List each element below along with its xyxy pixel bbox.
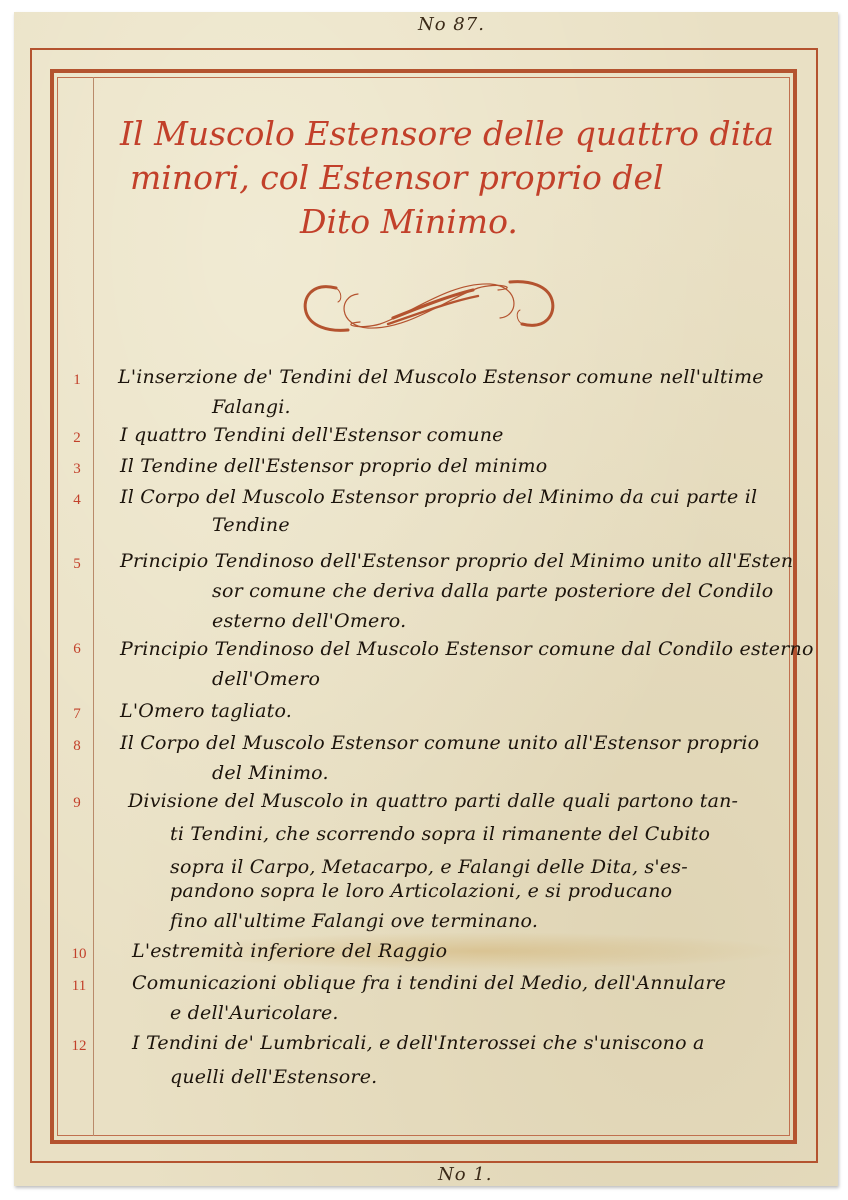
item-text: del Minimo.	[212, 762, 329, 784]
item-text: sor comune che deriva dalla parte poster…	[212, 580, 773, 602]
page-title: Il Muscolo Estensore delle quattro dita …	[100, 112, 790, 244]
border-inner-bottom	[57, 1135, 790, 1136]
calligraphic-flourish-icon	[298, 276, 560, 336]
border-inner-top	[57, 77, 790, 78]
item-text: Il Tendine dell'Estensor proprio del min…	[120, 455, 547, 477]
item-text: pandono sopra le loro Articolazioni, e s…	[170, 880, 672, 902]
border-outer-left	[30, 48, 32, 1163]
item-text: Comunicazioni oblique fra i tendini del …	[132, 972, 726, 994]
item-number: 12	[64, 1038, 94, 1055]
item-number: 1	[62, 372, 92, 389]
item-number: 4	[62, 492, 92, 509]
border-frame-left	[50, 69, 54, 1144]
item-text: L'estremità inferiore del Raggio	[132, 940, 447, 962]
item-number: 8	[62, 738, 92, 755]
item-text: esterno dell'Omero.	[212, 610, 406, 632]
item-text: I quattro Tendini dell'Estensor comune	[120, 424, 504, 446]
border-outer-bottom	[30, 1161, 818, 1163]
item-text: dell'Omero	[212, 668, 320, 690]
item-text: fino all'ultime Falangi ove terminano.	[170, 910, 538, 932]
item-text: Tendine	[212, 514, 290, 536]
folio-number-bottom: No 1.	[438, 1164, 492, 1185]
item-number: 7	[62, 706, 92, 723]
item-number: 10	[64, 946, 94, 963]
title-line-1: Il Muscolo Estensore delle quattro dita	[100, 112, 790, 156]
item-number: 9	[62, 795, 92, 812]
item-text: L'inserzione de' Tendini del Muscolo Est…	[118, 366, 764, 388]
item-text: Principio Tendinoso dell'Estensor propri…	[120, 550, 793, 572]
item-text: Falangi.	[212, 396, 291, 418]
title-line-2: minori, col Estensor proprio del	[100, 156, 790, 200]
border-frame-bottom	[50, 1140, 797, 1144]
border-frame-right	[793, 69, 797, 1144]
item-text: Divisione del Muscolo in quattro parti d…	[128, 790, 738, 812]
item-number: 11	[64, 978, 94, 995]
item-text: I Tendini de' Lumbricali, e dell'Interos…	[132, 1032, 705, 1054]
item-text: ti Tendini, che scorrendo sopra il riman…	[170, 823, 710, 845]
item-text: Il Corpo del Muscolo Estensor proprio de…	[120, 486, 757, 508]
border-frame-top	[50, 69, 797, 73]
item-text: quelli dell'Estensore.	[170, 1066, 377, 1088]
item-text: L'Omero tagliato.	[120, 700, 292, 722]
item-text: Il Corpo del Muscolo Estensor comune uni…	[120, 732, 759, 754]
item-number: 5	[62, 556, 92, 573]
border-outer-right	[816, 48, 818, 1163]
folio-number-top: No 87.	[418, 14, 485, 35]
item-text: sopra il Carpo, Metacarpo, e Falangi del…	[170, 856, 688, 878]
item-number: 3	[62, 461, 92, 478]
title-line-3: Dito Minimo.	[100, 200, 790, 244]
item-text: Principio Tendinoso del Muscolo Estensor…	[120, 638, 814, 660]
item-number: 6	[62, 641, 92, 658]
item-number: 2	[62, 430, 92, 447]
border-inner-left	[57, 77, 58, 1136]
border-outer-top	[30, 48, 818, 50]
item-text: e dell'Auricolare.	[170, 1002, 339, 1024]
